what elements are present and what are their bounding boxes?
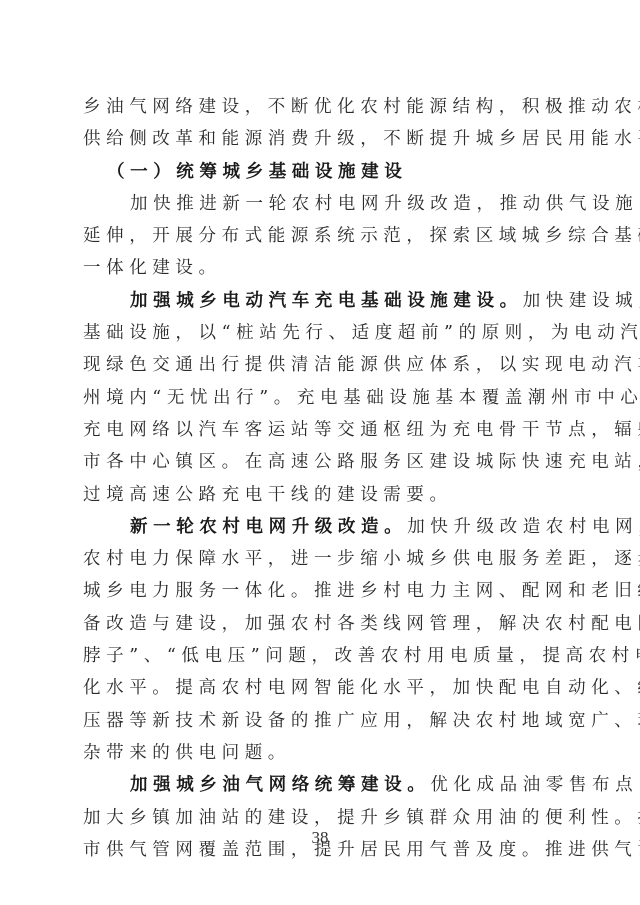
text-line: 市各中心镇区。在高速公路服务区建设城际快速充电站，满足 <box>83 446 557 478</box>
text-line: 压器等新技术新设备的推广应用，解决农村地域宽广、环境复 <box>83 705 557 737</box>
text-line: 化水平。提高农村电网智能化水平，加快配电自动化、线路调 <box>83 672 557 704</box>
paragraph-lead-title: 新一轮农村电网升级改造。 <box>130 517 407 537</box>
text-line: 乡油气网络建设，不断优化农村能源结构，积极推动农村能源 <box>83 91 557 123</box>
paragraph-first-line: 新一轮农村电网升级改造。加快升级改造农村电网，提高 <box>83 511 557 543</box>
text-line: 延伸，开展分布式能源系统示范，探索区域城乡综合基础设施 <box>83 220 557 252</box>
text-line: 供给侧改革和能源消费升级，不断提升城乡居民用能水平。 <box>83 123 557 155</box>
paragraph-lead-title: 加强城乡油气网络统筹建设。 <box>130 775 430 795</box>
text-line: 农村电力保障水平，进一步缩小城乡供电服务差距，逐步实现 <box>83 543 557 575</box>
paragraph-text: 加快升级改造农村电网，提高 <box>407 517 640 537</box>
text-line: 过境高速公路充电干线的建设需要。 <box>83 479 557 511</box>
document-page: 乡油气网络建设，不断优化农村能源结构，积极推动农村能源 供给侧改革和能源消费升级… <box>83 91 557 866</box>
text-line: 加快推进新一轮农村电网升级改造，推动供气设施向农村 <box>83 188 557 220</box>
text-line: 州境内“无忧出行”。充电基础设施基本覆盖潮州市中心区， <box>83 382 557 414</box>
text-line: 一体化建设。 <box>83 252 557 284</box>
text-line: 基础设施，以“桩站先行、适度超前”的原则，为电动汽车实 <box>83 317 557 349</box>
paragraph-lead-title: 加强城乡电动汽车充电基础设施建设。 <box>130 291 523 311</box>
text-line: 杂带来的供电问题。 <box>83 737 557 769</box>
paragraph-first-line: 加强城乡油气网络统筹建设。优化成品油零售布点网络， <box>83 769 557 801</box>
text-line: 脖子”、“低电压”问题，改善农村用电质量，提高农村电气 <box>83 640 557 672</box>
text-line: 备改造与建设，加强农村各类线网管理，解决农村配电网“卡 <box>83 608 557 640</box>
text-line: 现绿色交通出行提供清洁能源供应体系，以实现电动汽车在潮 <box>83 349 557 381</box>
section-heading: （一）统筹城乡基础设施建设 <box>83 156 557 188</box>
text-line: 城乡电力服务一体化。推进乡村电力主网、配网和老旧线路设 <box>83 575 557 607</box>
page-number: 38 <box>0 828 640 848</box>
paragraph-text: 加快建设城乡充电 <box>523 291 640 311</box>
paragraph-first-line: 加强城乡电动汽车充电基础设施建设。加快建设城乡充电 <box>83 285 557 317</box>
text-line: 充电网络以汽车客运站等交通枢纽为充电骨干节点，辐射至全 <box>83 414 557 446</box>
paragraph-text: 优化成品油零售布点网络， <box>430 775 640 795</box>
